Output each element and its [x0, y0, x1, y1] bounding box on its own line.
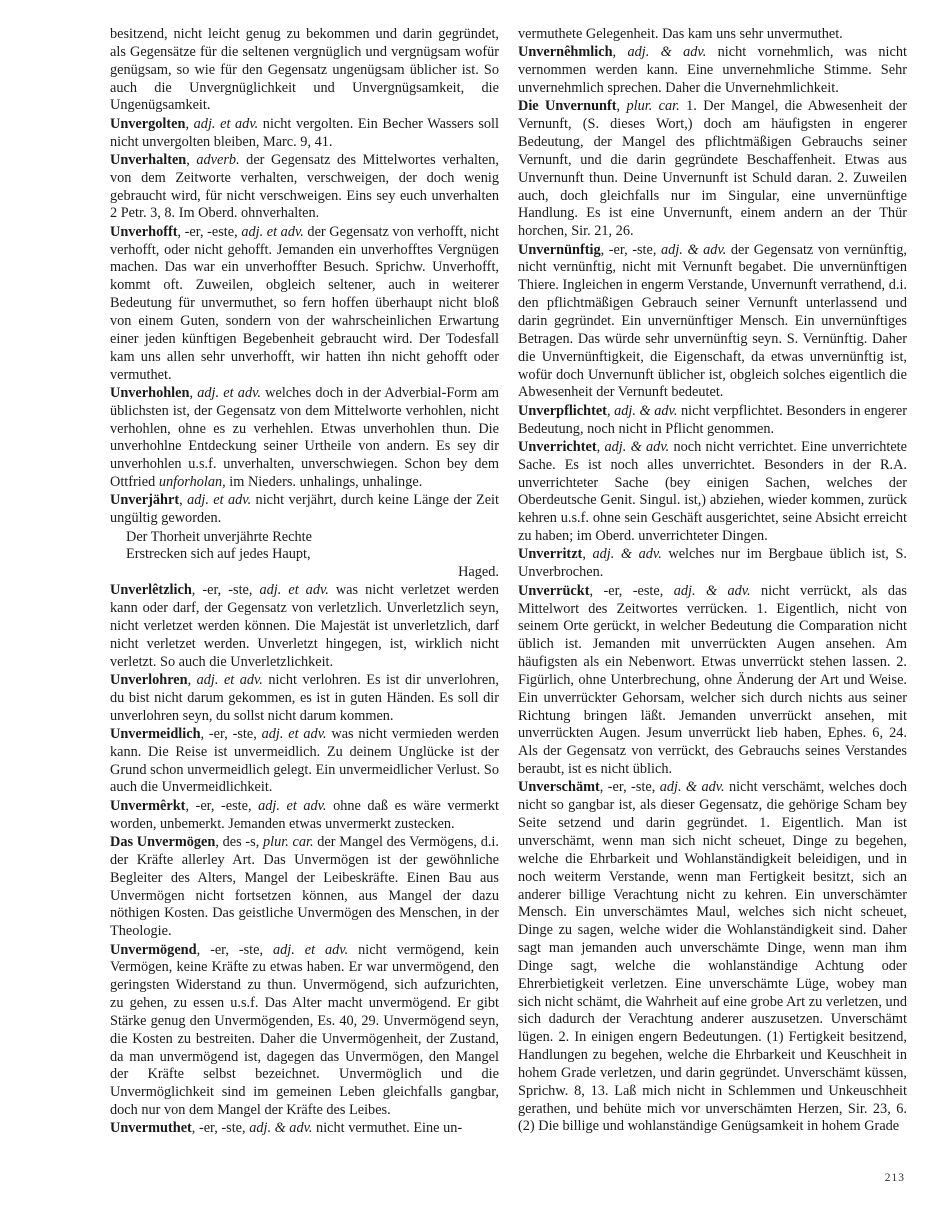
- right-column: vermuthete Gelegenheit. Das kam uns sehr…: [518, 26, 907, 1137]
- entry-text: 1. Der Mangel, die Abwesenheit der Vernu…: [518, 98, 907, 239]
- entry-unvermoegen: Das Unvermögen, des -s, plur. car. der M…: [110, 834, 499, 941]
- headword: Unverrückt: [518, 583, 589, 599]
- headword: Unverrichtet: [518, 439, 597, 455]
- headword: Unverpflichtet: [518, 403, 607, 419]
- page-number: 213: [885, 1172, 905, 1184]
- grammar-label: adj. & adv.: [660, 779, 725, 795]
- entry-separator: , -er, -este,: [185, 798, 258, 814]
- grammar-label: adj. et adv.: [241, 224, 304, 240]
- entry-separator: ,: [186, 152, 196, 168]
- verse-quote: Der Thorheit unverjährte Rechte Erstreck…: [110, 529, 499, 565]
- headword: Unverschämt: [518, 779, 600, 795]
- grammar-label: adj. et adv.: [262, 726, 327, 742]
- entry-separator: , -er, -ste,: [201, 726, 262, 742]
- entry-unvernehmlich: Unvernêhmlich, adj. & adv. nicht vornehm…: [518, 44, 907, 98]
- entry-unverpflichtet: Unverpflichtet, adj. & adv. nicht verpfl…: [518, 403, 907, 439]
- grammar-label: adj. et adv.: [258, 798, 326, 814]
- dictionary-page: besitzend, nicht leicht genug zu bekomme…: [0, 0, 935, 1210]
- entry-continuation: besitzend, nicht leicht genug zu bekomme…: [110, 26, 499, 115]
- grammar-label: adj. & adv.: [604, 439, 669, 455]
- grammar-label: adj. et adv.: [187, 492, 251, 508]
- entry-text-after: im Nieders. unhalings, unhalinge.: [226, 474, 423, 490]
- entry-separator: ,: [185, 116, 193, 132]
- headword: Unverritzt: [518, 546, 582, 562]
- headword: Unvermuthet: [110, 1120, 192, 1136]
- headword: Unvermeidlich: [110, 726, 201, 742]
- verse-line: Der Thorheit unverjährte Rechte: [126, 529, 499, 547]
- entry-separator: , des -s,: [215, 834, 263, 850]
- grammar-label: adj. & adv.: [249, 1120, 312, 1136]
- entry-unvermuthet: Unvermuthet, -er, -ste, adj. & adv. nich…: [110, 1120, 499, 1138]
- grammar-label: plur. car.: [626, 98, 679, 114]
- grammar-label: adj. et adv.: [273, 942, 348, 958]
- grammar-label: plur. car.: [263, 834, 314, 850]
- entry-unverjaehrt: Unverjährt, adj. et adv. nicht verjährt,…: [110, 492, 499, 528]
- entry-unverrueckt: Unverrückt, -er, -este, adj. & adv. nich…: [518, 583, 907, 779]
- entry-unverrichtet: Unverrichtet, adj. & adv. noch nicht ver…: [518, 439, 907, 546]
- grammar-label: adj. & adv.: [592, 546, 661, 562]
- grammar-label: adj. et adv.: [197, 385, 261, 401]
- entry-text: besitzend, nicht leicht genug zu bekomme…: [110, 26, 499, 113]
- verse-attribution: Haged.: [110, 564, 499, 582]
- entry-unverlohren: Unverlohren, adj. et adv. nicht verlohre…: [110, 672, 499, 726]
- headword: Unverlêtzlich: [110, 582, 192, 598]
- grammar-label: adj. & adv.: [627, 44, 706, 60]
- entry-unverhohlen: Unverhohlen, adj. et adv. welches doch i…: [110, 385, 499, 492]
- entry-unvermerkt: Unvermêrkt, -er, -este, adj. et adv. ohn…: [110, 798, 499, 834]
- entry-text: der Gegensatz von verhofft, nicht verhof…: [110, 224, 499, 383]
- entry-continuation: vermuthete Gelegenheit. Das kam uns sehr…: [518, 26, 907, 44]
- entry-unverschaemt: Unverschämt, -er, -ste, adj. & adv. nich…: [518, 779, 907, 1136]
- entry-text: nicht verschämt, welches doch nicht so g…: [518, 779, 907, 1134]
- headword: Unvermêrkt: [110, 798, 185, 814]
- headword: Unverhalten: [110, 152, 186, 168]
- entry-separator: ,: [613, 44, 628, 60]
- entry-separator: ,: [188, 672, 197, 688]
- entry-separator: , -er, -este,: [589, 583, 673, 599]
- entry-text: nicht vermuthet. Eine un-: [312, 1120, 462, 1136]
- entry-unverhofft: Unverhofft, -er, -este, adj. et adv. der…: [110, 224, 499, 385]
- entry-separator: , -er, -ste,: [600, 779, 660, 795]
- grammar-label: adj. et adv.: [197, 672, 263, 688]
- headword: Das Unvermögen: [110, 834, 215, 850]
- left-column: besitzend, nicht leicht genug zu bekomme…: [110, 26, 499, 1139]
- entry-separator: , -er, -ste,: [192, 582, 260, 598]
- entry-unvernuenftig: Unvernünftig, -er, -ste, adj. & adv. der…: [518, 242, 907, 403]
- entry-text: vermuthete Gelegenheit. Das kam uns sehr…: [518, 26, 843, 42]
- entry-unverritzt: Unverritzt, adj. & adv. welches nur im B…: [518, 546, 907, 582]
- entry-separator: , -er, -ste,: [197, 942, 273, 958]
- headword: Unvermögend: [110, 942, 197, 958]
- entry-separator: , -er, -ste,: [192, 1120, 249, 1136]
- entry-separator: ,: [582, 546, 592, 562]
- grammar-label: adverb.: [196, 152, 239, 168]
- entry-separator: ,: [617, 98, 627, 114]
- entry-unvergolten: Unvergolten, adj. et adv. nicht vergolte…: [110, 116, 499, 152]
- entry-separator: , -er, -ste,: [601, 242, 661, 258]
- entry-separator: ,: [179, 492, 187, 508]
- grammar-label: adj. et adv.: [260, 582, 329, 598]
- grammar-label: adj. & adv.: [661, 242, 726, 258]
- headword: Unverhohlen: [110, 385, 189, 401]
- entry-unverhalten: Unverhalten, adverb. der Gegensatz des M…: [110, 152, 499, 223]
- headword: Unvernêhmlich: [518, 44, 613, 60]
- entry-text: nicht verrückt, als das Mittelwort des Z…: [518, 583, 907, 777]
- headword: Unverlohren: [110, 672, 188, 688]
- headword: Unvergolten: [110, 116, 185, 132]
- entry-unvermoegend: Unvermögend, -er, -ste, adj. et adv. nic…: [110, 942, 499, 1120]
- entry-unverletzlich: Unverlêtzlich, -er, -ste, adj. et adv. w…: [110, 582, 499, 671]
- grammar-label: adj. & adv.: [614, 403, 677, 419]
- headword: Unvernünftig: [518, 242, 601, 258]
- cited-word: unforholan,: [159, 474, 226, 490]
- entry-text: der Gegensatz von vernünftig, nicht vern…: [518, 242, 907, 401]
- entry-separator: , -er, -este,: [178, 224, 242, 240]
- entry-unvernunft: Die Unvernunft, plur. car. 1. Der Mangel…: [518, 98, 907, 241]
- verse-line: Erstrecken sich auf jedes Haupt,: [126, 546, 499, 564]
- entry-text: nicht vermögend, kein Vermögen, keine Kr…: [110, 942, 499, 1119]
- headword: Die Unvernunft: [518, 98, 617, 114]
- headword: Unverjährt: [110, 492, 179, 508]
- grammar-label: adj. & adv.: [674, 583, 751, 599]
- grammar-label: adj. et adv.: [194, 116, 259, 132]
- entry-unvermeidlich: Unvermeidlich, -er, -ste, adj. et adv. w…: [110, 726, 499, 797]
- headword: Unverhofft: [110, 224, 178, 240]
